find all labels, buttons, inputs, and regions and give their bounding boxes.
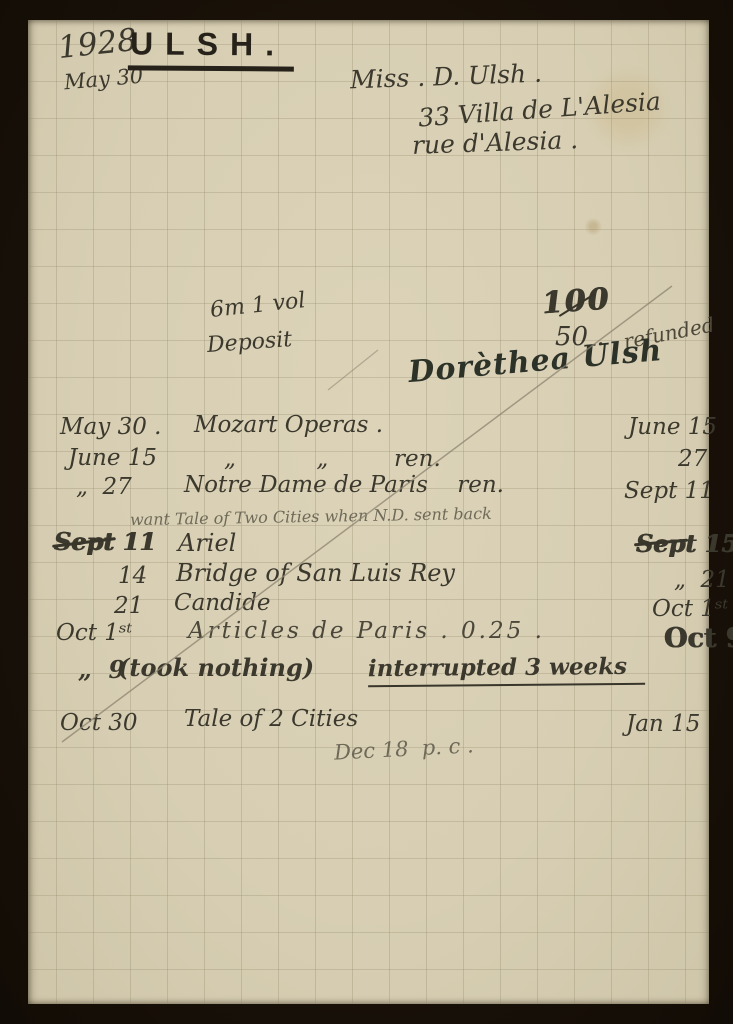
entry-returned-date: Jan 15 [626,712,700,736]
entry-date: Sept 11 [54,529,156,554]
interruption-note: interrupted 3 weeks [368,655,645,688]
deposit-label: Deposit [206,328,293,357]
entry-title: Notre Dame de Paris ren. [184,473,504,497]
entry-title: Bridge of San Luis Rey [176,561,455,586]
entry-title: Articles de Paris . 0.25 . [188,619,545,643]
entry-title: Candide [174,591,271,615]
card-surname-heading: ULSH. [128,27,294,71]
entry-date: 21 [114,594,143,618]
entry-returned-date: „ 21 [674,568,730,592]
entry-returned-date: Sept 11 [624,479,714,503]
entry-title: Ariel [178,531,236,556]
subscription-amount: 100 [541,284,612,320]
entry-returned-date: June 15 [628,415,717,439]
member-address-line2: rue d'Alesia . [412,127,579,159]
entry-date: 14 [118,564,147,588]
entry-title: Mozart Operas . [194,413,383,437]
entry-returned-date: 27 [678,447,707,471]
entry-returned-date: Oct 9 [664,625,733,653]
entry-title-ditto: „ „ ren. [224,447,441,471]
entry-date: Oct 30 [60,711,138,735]
entry-date: May 30 . [60,415,161,439]
lending-card: 1928 May 30 ULSH. Miss . D. Ulsh . 33 Vi… [28,20,709,1004]
entry-returned-date: Oct 1ˢᵗ [652,597,728,621]
entry-title: Tale of 2 Cities [184,707,358,731]
entry-date: „ 27 [76,475,132,499]
member-name: Miss . D. Ulsh . [350,61,543,94]
entry-date: June 15 [68,446,157,470]
entry-date: Oct 1ˢᵗ [56,621,132,645]
photo-background: 1928 May 30 ULSH. Miss . D. Ulsh . 33 Vi… [0,0,733,1024]
card-year: 1928 [57,24,139,65]
entry-title: (took nothing) [118,655,314,680]
